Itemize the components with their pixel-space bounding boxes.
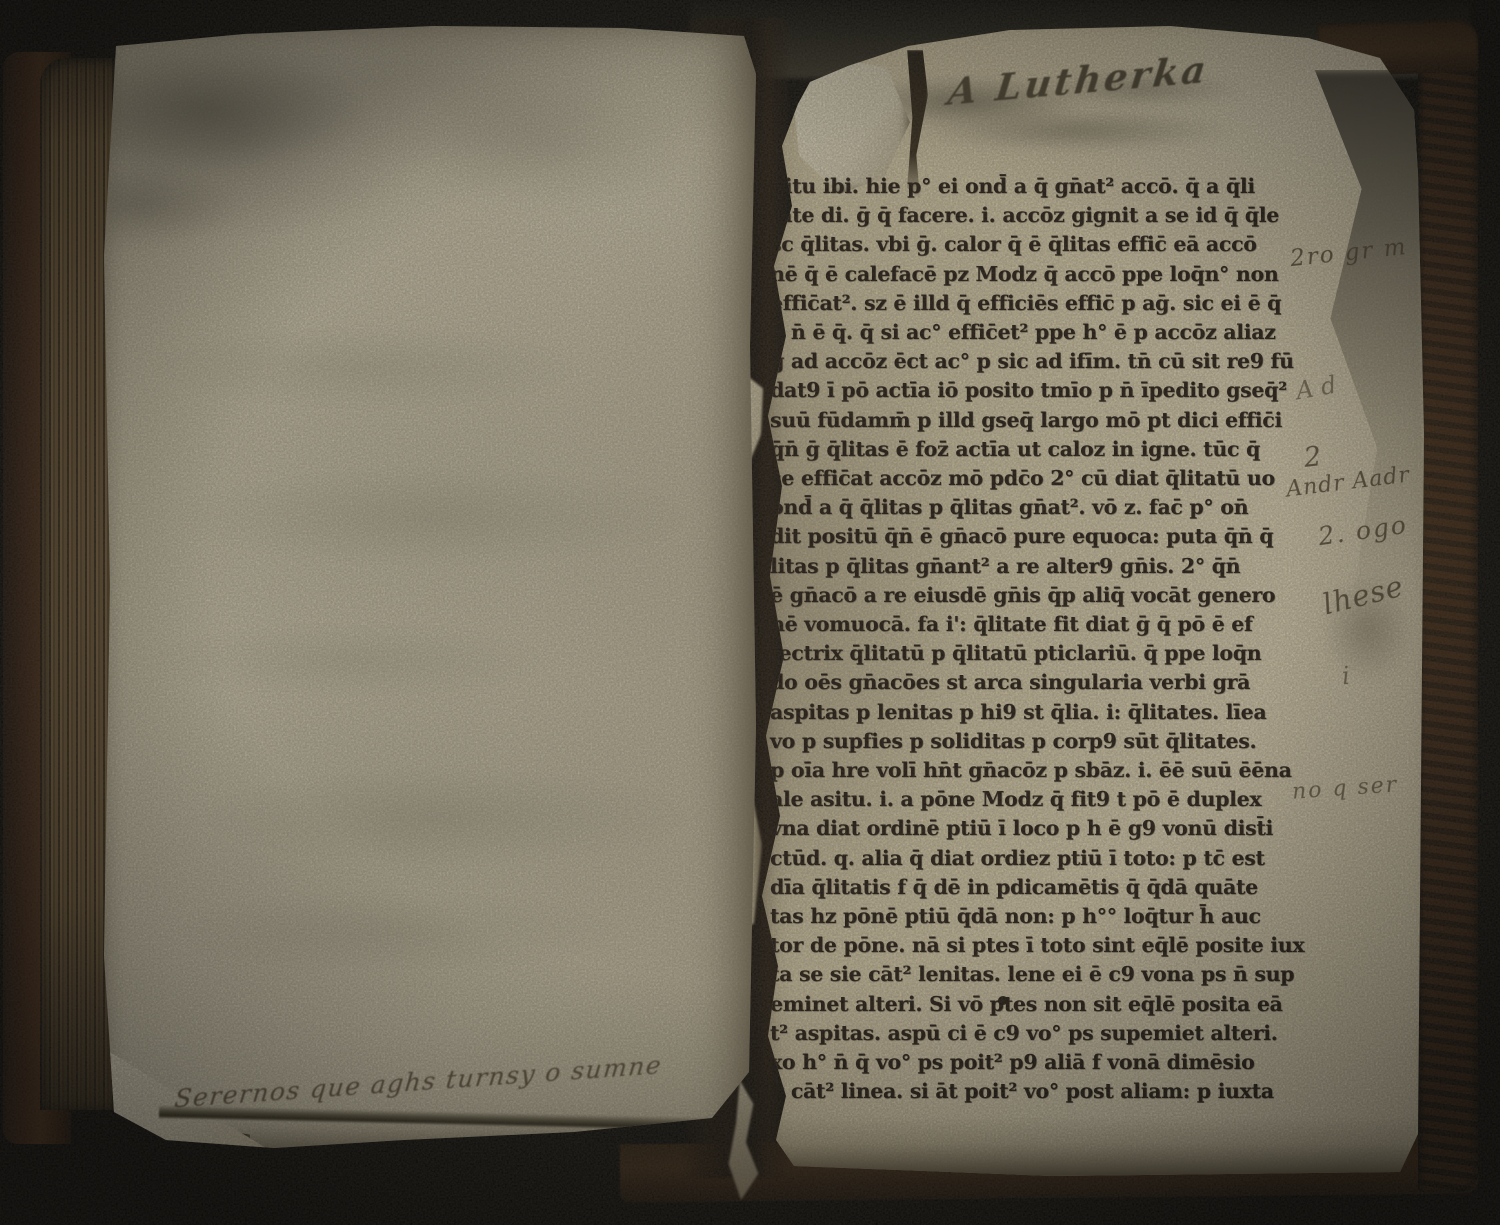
text-line: s̄c q̄litas. vbi ḡ. calor q̄ ē q̄litas e…: [770, 230, 1292, 259]
margin-note: no q ser: [1291, 772, 1399, 804]
text-line: xo h° n̄ q̄ vo° ps poit² p9 aliā f vonā …: [770, 1048, 1292, 1077]
text-line: p oīa hre volī hn̄t gn̄acōz p sbāz. i. ē…: [770, 756, 1292, 785]
text-line: do oēs gn̄acōes st arca singularia verbi…: [770, 668, 1292, 697]
text-line: fectrix q̄litatū p q̄litatū pticlariū. q…: [770, 639, 1292, 668]
margin-note: 2: [1302, 441, 1322, 474]
right-cover-edge: [1418, 24, 1478, 1192]
handwritten-inscription-bottom: Serernos que aghs turnsy o sumne: [173, 1048, 695, 1114]
left-page: Serernos que aghs turnsy o sumne: [104, 26, 756, 1148]
right-page: A Lutherka hitu ibi. hie p° ei ond̄ a q̄…: [752, 14, 1424, 1176]
text-line: nē q̄ ē calefacē pz Modz q̄ accō ppe loq…: [770, 260, 1292, 289]
text-line: dit positū q̄n̄ ē gn̄acō pure equoca: pu…: [770, 522, 1292, 551]
text-line: se effic̄at accōz mō pdc̄o 2° cū diat q̄…: [770, 464, 1292, 493]
right-page-bottom-shade: [752, 1116, 1424, 1176]
text-line: dat9 ī pō actīa iō posito tmīo p n̄ īped…: [770, 376, 1292, 405]
text-line: tas hz pōnē ptiū q̄dā non: p h°° loq̄tur…: [770, 902, 1292, 931]
text-line: dīa q̄litatis f q̄ dē in pdicamētis q̄ q…: [770, 873, 1292, 902]
text-line: eminet alteri. Si vō ptes non sit eq̄lē …: [770, 990, 1292, 1019]
book-photo-scene: Serernos que aghs turnsy o sumne A Luthe…: [0, 0, 1500, 1225]
ink-spot: [998, 996, 1008, 1005]
text-line: tor de pōne. nā si ptes ī toto sint eq̄l…: [770, 931, 1292, 960]
text-line: ḡ ad accōz ēct ac° p sic ad ifīm. tn̄ cū…: [770, 347, 1292, 376]
text-line: ale asitu. i. a pōne Modz q̄ fit9 t pō ē…: [770, 785, 1292, 814]
text-line: nē vomuocā. fa i': q̄litate fit diat ḡ q…: [770, 610, 1292, 639]
text-line: tate di. ḡ q̄ facere. i. accōz gignit a …: [770, 201, 1292, 230]
text-line: t² aspitas. aspū ci ē c9 vo° ps supemiet…: [770, 1019, 1292, 1048]
left-page-bottom-edge: [159, 1105, 749, 1131]
text-line: ta se sie cāt² lenitas. lene ei ē c9 von…: [770, 960, 1292, 989]
text-line: vna diat ordinē ptiū ī loco p h ē g9 von…: [770, 814, 1292, 843]
text-line: q̄ cāt² linea. si āt poit² vo° post alia…: [770, 1077, 1292, 1106]
text-line: q̄n̄ ḡ q̄litas ē foz̄ actīa ut caloz in …: [770, 435, 1292, 464]
margin-note: A d: [1294, 371, 1339, 406]
text-line: ē gn̄acō a re eiusdē gn̄is q̄p aliq̄ voc…: [770, 581, 1292, 610]
text-line: suū fūdamm̄ p illd gseq̄ largo mō pt dic…: [770, 406, 1292, 435]
text-line: q̄ n̄ ē q̄. q̄ si ac° effic̄et² ppe h° ē…: [770, 318, 1292, 347]
left-page-smudge: [104, 26, 756, 326]
printed-text-block: hitu ibi. hie p° ei ond̄ a q̄ gn̄at² acc…: [770, 172, 1292, 1107]
text-line: ond̄ a q̄ q̄litas p q̄litas gn̄at². vō z…: [770, 493, 1292, 522]
text-line: hitu ibi. hie p° ei ond̄ a q̄ gn̄at² acc…: [770, 172, 1292, 201]
text-line: effic̄at². sz ē illd q̄ efficiēs effic̄ …: [770, 289, 1292, 318]
left-page-showthrough: [104, 286, 756, 966]
text-line: aspitas p lenitas p hi9 st q̄lia. i: q̄l…: [770, 698, 1292, 727]
text-line: ctūd. q. alia q̄ diat ordiez ptiū ī toto…: [770, 844, 1292, 873]
text-line: vo p supfies p soliditas p corp9 sūt q̄l…: [770, 727, 1292, 756]
text-line: litas p q̄litas gn̄ant² a re alter9 gn̄i…: [770, 552, 1292, 581]
